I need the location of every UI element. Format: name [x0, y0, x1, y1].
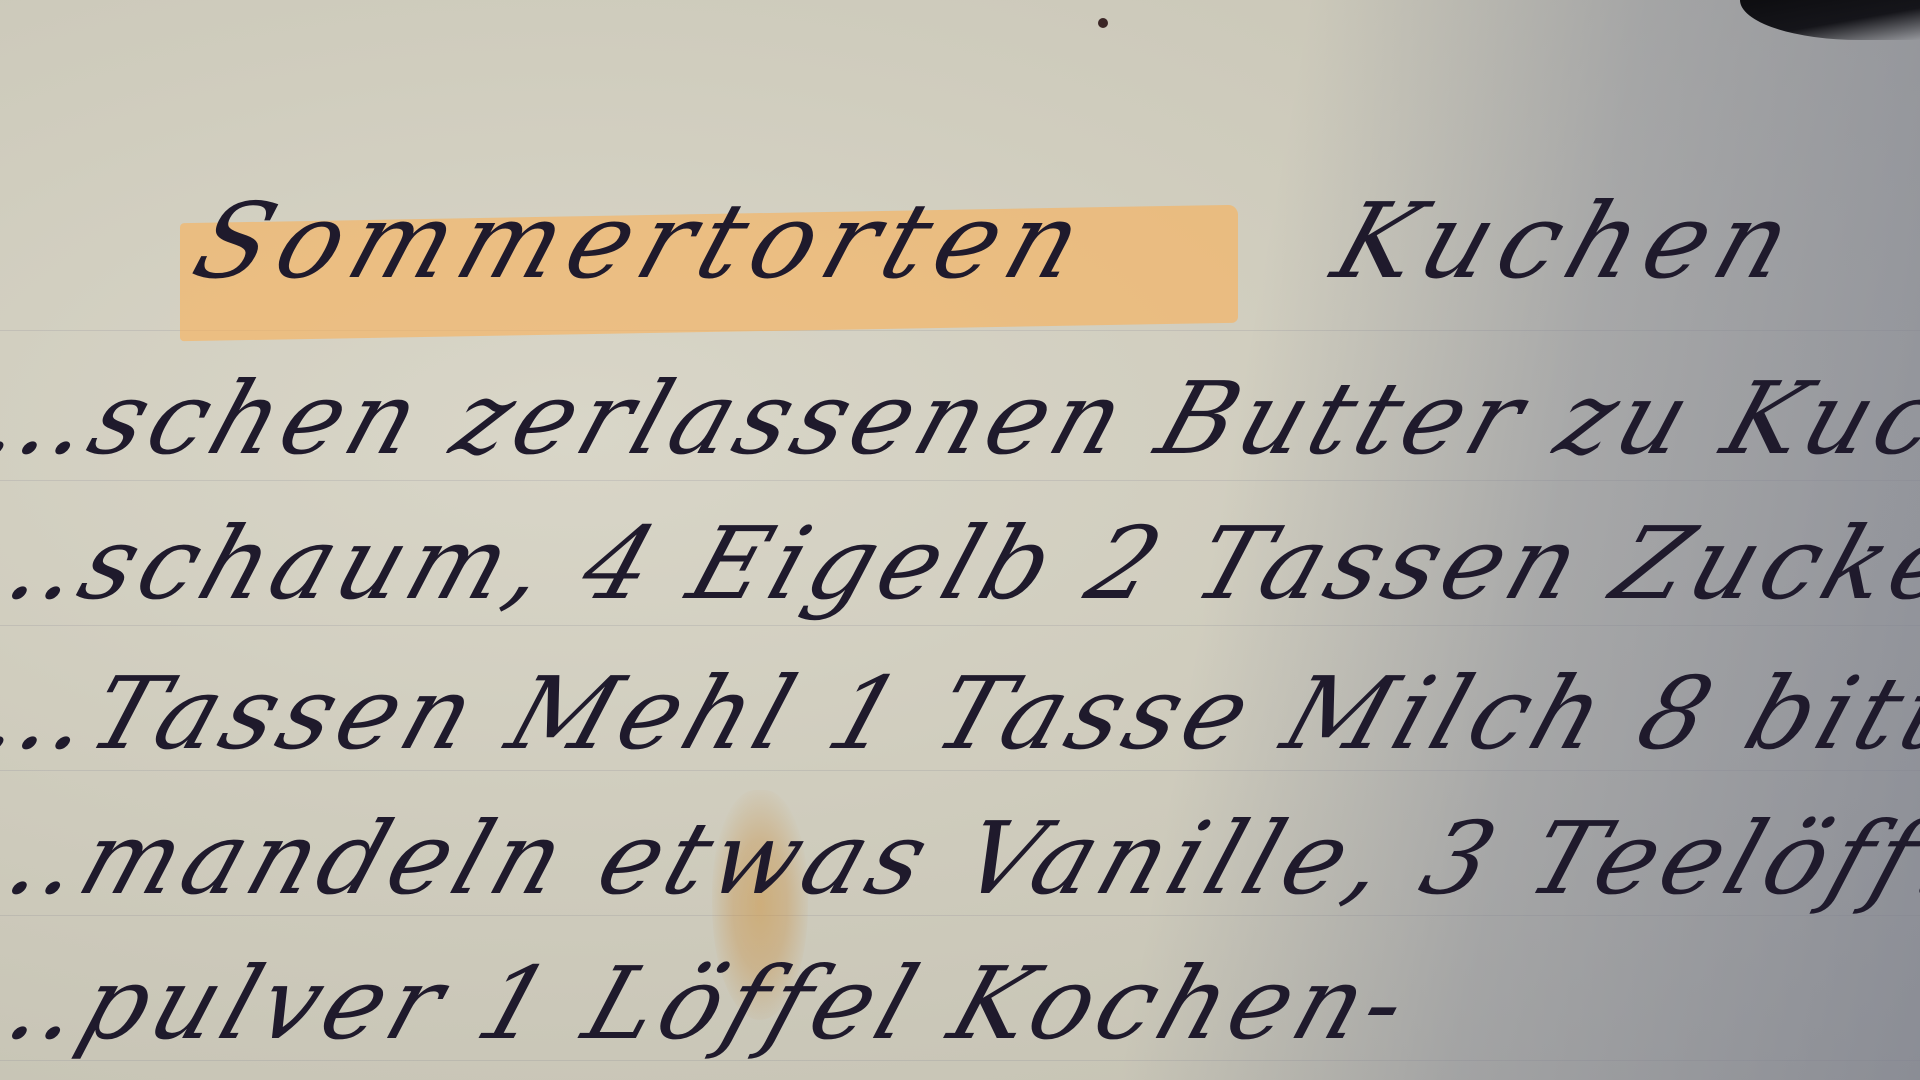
page-edge-background [1740, 0, 1920, 40]
recipe-line-1: …schen zerlassenen Butter zu Kuchen- [0, 360, 1920, 477]
recipe-line-4: …mandeln etwas Vanille, 3 Teelöff… [0, 800, 1920, 917]
ruled-line [0, 625, 1920, 626]
recipe-title-highlighted: Sommertorten [180, 180, 1106, 302]
paper-page: Sommertorten Kuchen …schen zerlassenen B… [0, 0, 1920, 1080]
ruled-line [0, 480, 1920, 481]
recipe-line-2: …schaum, 4 Eigelb 2 Tassen Zucker, [0, 505, 1920, 622]
recipe-line-3: …Tassen Mehl 1 Tasse Milch 8 bitter [0, 655, 1920, 772]
recipe-title-kuchen: Kuchen [1320, 180, 1816, 302]
ink-dot [1098, 18, 1108, 28]
recipe-line-5: …pulver 1 Löffel Kochen- [0, 945, 1427, 1062]
